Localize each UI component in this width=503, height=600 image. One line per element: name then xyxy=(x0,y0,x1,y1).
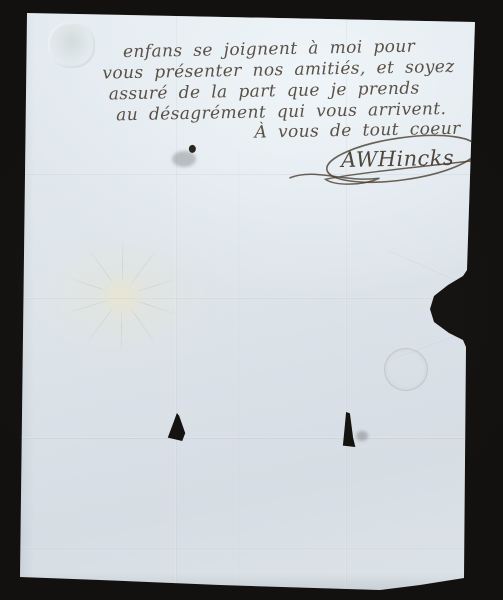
signature-name: AWHincks xyxy=(339,146,454,172)
fold-crease-horizontal xyxy=(20,437,476,439)
ring-stain xyxy=(384,348,428,391)
embossed-stamp xyxy=(48,22,95,68)
fold-crease-diagonal xyxy=(389,249,461,283)
fold-crease-horizontal xyxy=(20,297,476,299)
fold-crease-diagonal xyxy=(392,333,460,360)
paper-hole xyxy=(340,412,356,447)
paper-hole xyxy=(167,413,186,441)
wax-seal-stain xyxy=(99,273,145,319)
signature-flourish: AWHincks xyxy=(287,127,493,197)
letter-paper: enfans se joignent à moi pour vous prése… xyxy=(20,13,476,591)
fold-crease-horizontal xyxy=(20,547,476,549)
paper-hole-shadow xyxy=(356,431,368,441)
letter-text: enfans se joignent à moi pour vous prése… xyxy=(19,5,475,14)
ink-blot xyxy=(172,145,206,172)
ink-dot xyxy=(189,145,196,153)
ink-smudge xyxy=(172,151,196,167)
fold-crease-vertical xyxy=(237,153,239,591)
photo-background: enfans se joignent à moi pour vous prése… xyxy=(0,0,503,600)
signature-svg: AWHincks xyxy=(287,127,493,197)
